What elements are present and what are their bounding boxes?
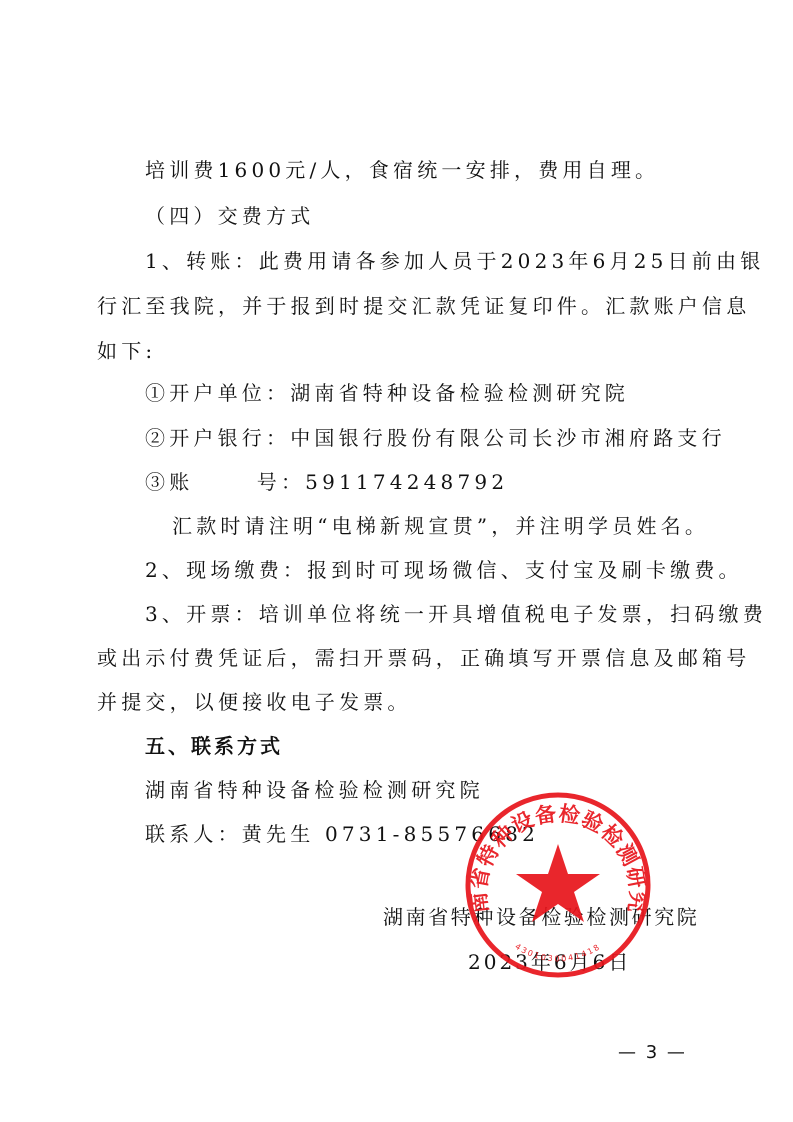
account-unit: ①开户单位：湖南省特种设备检验检测研究院 bbox=[145, 380, 629, 406]
contact-heading: 五、联系方式 bbox=[145, 733, 283, 759]
page-number: — 3 — bbox=[618, 1042, 687, 1063]
onsite-payment: 2、现场缴费：报到时可现场微信、支付宝及刷卡缴费。 bbox=[145, 557, 743, 583]
invoice-line-2: 或出示付费凭证后，需扫开票码，正确填写开票信息及邮箱号 bbox=[97, 645, 750, 671]
remittance-remark: 汇款时请注明“电梯新规宣贯”，并注明学员姓名。 bbox=[172, 513, 709, 539]
stamp-text: 湖南省特种设备检验检测研究院 bbox=[458, 792, 650, 915]
fee-line: 培训费1600元/人，食宿统一安排，费用自理。 bbox=[145, 157, 659, 183]
payment-heading: （四）交费方式 bbox=[145, 203, 314, 229]
transfer-line-3: 如下: bbox=[97, 338, 156, 364]
invoice-line-3: 并提交，以便接收电子发票。 bbox=[97, 689, 412, 715]
account-bank: ②开户银行：中国银行股份有限公司长沙市湘府路支行 bbox=[145, 425, 726, 451]
signature-organization: 湖南省特种设备检验检测研究院 bbox=[383, 904, 699, 930]
account-number: ③账 号：591174248792 bbox=[145, 469, 508, 495]
invoice-line-1: 3、开票：培训单位将统一开具增值税电子发票，扫码缴费 bbox=[145, 601, 767, 627]
transfer-line-1: 1、转账：此费用请各参加人员于2023年6月25日前由银 bbox=[145, 248, 764, 274]
signature-date: 2023年6月6日 bbox=[468, 949, 631, 975]
document-page: 培训费1600元/人，食宿统一安排，费用自理。 （四）交费方式 1、转账：此费用… bbox=[0, 0, 793, 1122]
transfer-line-2: 行汇至我院，并于报到时提交汇款凭证复印件。汇款账户信息 bbox=[97, 293, 750, 319]
contact-person: 联系人：黄先生 0731-85576682 bbox=[145, 821, 539, 847]
svg-text:湖南省特种设备检验检测研究院: 湖南省特种设备检验检测研究院 bbox=[458, 792, 650, 915]
contact-organization: 湖南省特种设备检验检测研究院 bbox=[145, 777, 484, 803]
